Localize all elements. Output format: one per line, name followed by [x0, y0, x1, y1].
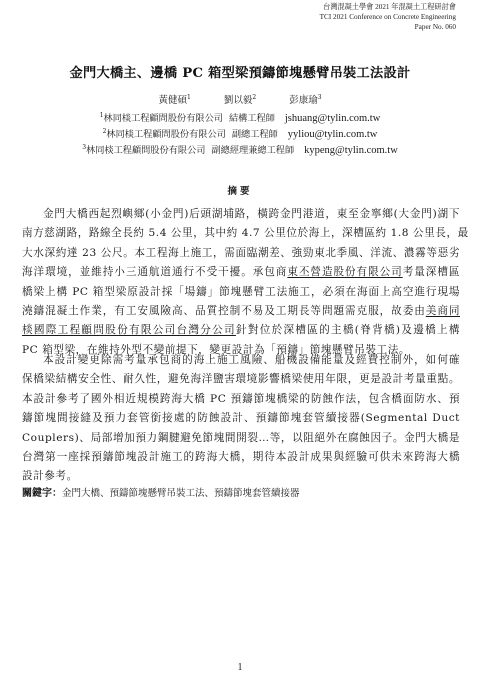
author-sup: 3 — [318, 94, 322, 101]
paragraph-line: 台灣第一座採預鑄節塊設計施工的跨海大橋，期待本設計成果與經驗可供未來跨海大橋 — [22, 448, 460, 467]
paper-number: Paper No. 060 — [320, 22, 456, 32]
affiliation-email[interactable]: kypeng@tylin.com.tw — [304, 145, 398, 156]
page-number: 1 — [0, 662, 480, 673]
author-name: 彭康瑜 — [289, 95, 318, 106]
abstract-paragraph-1: 金門大橋西起烈嶼鄉(小金門)后頭湖埔路，橫跨金門港道，東至金寧鄉(大金門)湖下 … — [22, 205, 460, 360]
keywords: 關鍵字：金門大橋、預鑄節塊懸臂吊裝工法、預鑄節塊套管續接器 — [22, 484, 300, 499]
paragraph-line: 保橋梁結構安全性、耐久性，避免海洋鹽害環境影響橋梁使用年限，更是設計考量重點。 — [22, 370, 460, 389]
paragraph-line: 大水深約達 23 公尺。本工程海上施工，需面臨潮差、強勁東北季風、洋流、濃霧等惡… — [22, 244, 460, 263]
contractor-name: 東丕營造股份有限公司 — [287, 266, 402, 278]
affiliation-org: 林同棪工程顧問股份有限公司 — [104, 113, 223, 124]
paragraph-line: 澆鑄混凝土作業，有工安風險高、品質控制不易及工期長等問題需克服，故委由美商同 — [22, 302, 460, 321]
keywords-value: 金門大橋、預鑄節塊懸臂吊裝工法、預鑄節塊套管續接器 — [62, 488, 300, 499]
paragraph-line: 本設計變更除需考量承包商的海上施工風險、船機設備能量及經費控制外，如何確 — [22, 351, 460, 370]
affiliation-1: 1林同棪工程顧問股份有限公司結構工程師jshuang@tylin.com.tw — [0, 110, 480, 124]
header-line-english: TCI 2021 Conference on Concrete Engineer… — [320, 12, 456, 22]
affiliation-role: 結構工程師 — [229, 113, 275, 124]
affiliation-org: 林同棪工程顧問股份有限公司 — [86, 145, 205, 156]
author-list: 黃健碩1 劉以毅2 彭康瑜3 — [0, 92, 480, 106]
paragraph-line: 金門大橋西起烈嶼鄉(小金門)后頭湖埔路，橫跨金門港道，東至金寧鄉(大金門)湖下 — [22, 205, 460, 224]
author-3: 彭康瑜3 — [289, 95, 321, 106]
paragraph-line: 本設計參考了國外相近規模跨海大橋 PC 預鑄節塊橋梁的防蝕作法，包含橋面防水、預 — [22, 390, 460, 409]
line-text: 考量深槽區 — [403, 266, 460, 278]
line-text: 針對位於深槽區的主橋(脊背橋)及邊橋上構 — [236, 324, 460, 336]
author-name: 黃健碩 — [158, 95, 187, 106]
paragraph-line: 南方慈湖路，路線全長約 5.4 公里，其中約 4.7 公里位於海上，深槽區約 1… — [22, 224, 460, 243]
affiliation-org: 林同棪工程顧問股份有限公司 — [106, 129, 225, 140]
paragraph-line: 橋梁上構 PC 箱型梁原設計採「場鑄」節塊懸臂工法施工，必須在海面上高空進行現場 — [22, 283, 460, 302]
affiliation-3: 3林同棪工程顧問股份有限公司副總經理兼總工程師kypeng@tylin.com.… — [0, 142, 480, 156]
affiliation-email[interactable]: yyliou@tylin.com.tw — [288, 129, 378, 140]
author-sup: 2 — [252, 94, 256, 101]
paper-title: 金門大橋主、邊橋 PC 箱型梁預鑄節塊懸臂吊裝工法設計 — [0, 62, 480, 81]
affiliation-email[interactable]: jshuang@tylin.com.tw — [285, 113, 380, 124]
affiliation-role: 副總經理兼總工程師 — [211, 145, 294, 156]
author-1: 黃健碩1 — [158, 95, 190, 106]
paragraph-line: Couplers)、局部增加預力鋼腱避免節塊間開裂…等，以阻絕外在腐蝕因子。金門… — [22, 429, 460, 448]
designer-name: 美商同 — [426, 305, 460, 317]
line-text: 海洋環境，並維持小三通航道通行不受干擾。承包商 — [22, 266, 287, 278]
author-2: 劉以毅2 — [224, 95, 256, 106]
line-text: 澆鑄混凝土作業，有工安風險高、品質控制不易及工期長等問題需克服，故委由 — [22, 305, 426, 317]
abstract-heading: 摘要 — [0, 183, 480, 197]
paragraph-line: 棪國際工程顧問股份有限公司台灣分公司針對位於深槽區的主橋(脊背橋)及邊橋上構 — [22, 321, 460, 340]
keywords-label: 關鍵字： — [22, 488, 62, 499]
abstract-paragraph-2: 本設計變更除需考量承包商的海上施工風險、船機設備能量及經費控制外，如何確 保橋梁… — [22, 351, 460, 487]
affiliation-2: 2林同棪工程顧問股份有限公司副總工程師yyliou@tylin.com.tw — [0, 126, 480, 140]
affiliation-role: 副總工程師 — [232, 129, 278, 140]
author-sup: 1 — [187, 94, 191, 101]
header-line-chinese: 台灣混凝土學會 2021 年混凝土工程研討會 — [320, 2, 456, 12]
designer-name: 棪國際工程顧問股份有限公司台灣分公司 — [22, 324, 236, 336]
conference-header: 台灣混凝土學會 2021 年混凝土工程研討會 TCI 2021 Conferen… — [320, 2, 456, 32]
paragraph-line: 海洋環境，並維持小三通航道通行不受干擾。承包商東丕營造股份有限公司考量深槽區 — [22, 263, 460, 282]
author-name: 劉以毅 — [224, 95, 253, 106]
paragraph-line: 鑄節塊間接縫及預力套管銜接處的防蝕設計、預鑄節塊套管續接器(Segmental … — [22, 409, 460, 428]
